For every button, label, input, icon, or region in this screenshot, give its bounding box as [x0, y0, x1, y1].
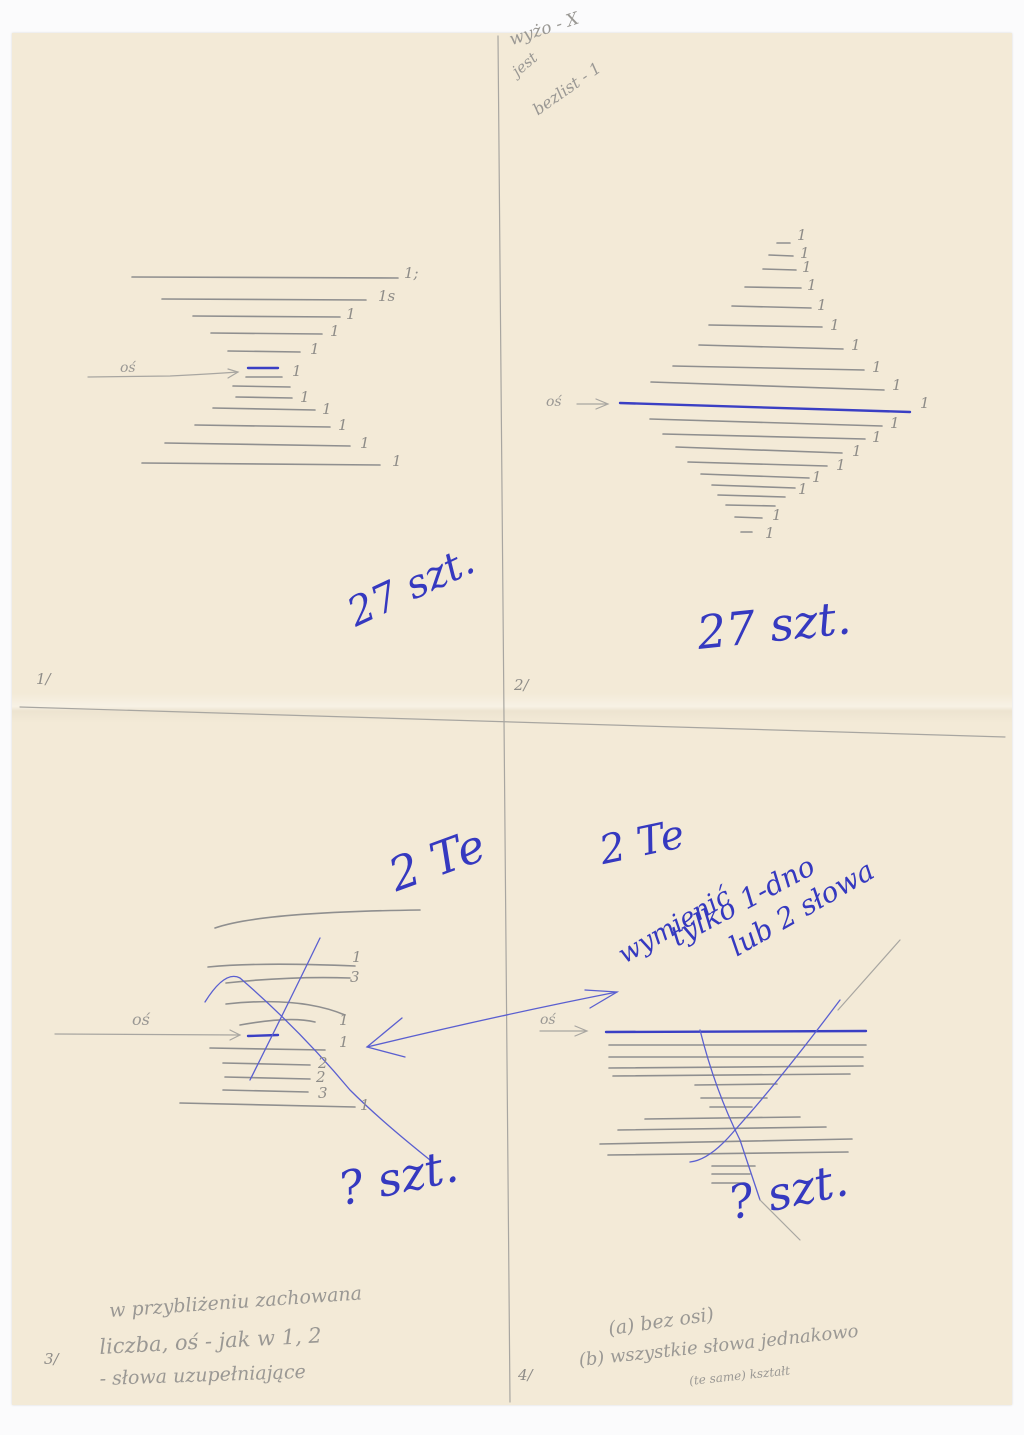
q2-axis-label: oś	[546, 394, 562, 410]
vertical-divider	[498, 36, 510, 1402]
quadrant-1-number: 1/	[36, 670, 51, 688]
q3-lines	[55, 910, 617, 1160]
horizontal-divider	[20, 707, 1005, 737]
quadrant-2-number: 2/	[514, 676, 529, 694]
q2-lines	[577, 243, 910, 532]
quadrant-4-number: 4/	[518, 1366, 533, 1384]
q3-axis-label: oś	[132, 1010, 150, 1029]
sketch-drawings	[0, 0, 1024, 1435]
q1-axis-label: oś	[120, 360, 136, 376]
q4-axis-label: oś	[540, 1012, 556, 1028]
quadrant-3-number: 3/	[44, 1350, 59, 1368]
